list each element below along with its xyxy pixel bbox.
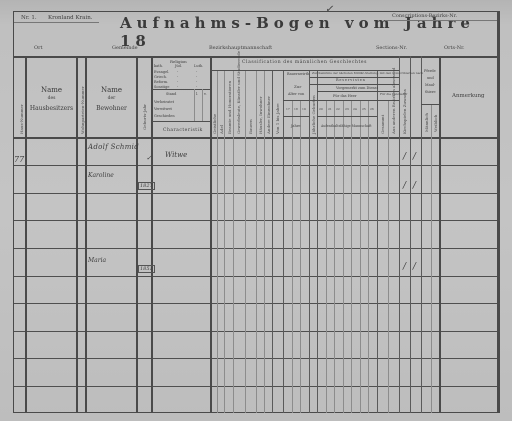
col-divider (421, 56, 422, 413)
zur-kenntnis-label: Zur Kenntnis der nächsten Militär-Stellu… (312, 71, 423, 75)
bauernwirt-label: Bauernwirth (287, 72, 309, 76)
entry-bewohner: Adolf Schmid (88, 143, 139, 151)
entry-bewohner: Karoline (88, 172, 114, 179)
stand-col: v. (204, 92, 207, 96)
religion-row-label: Griech. (154, 75, 167, 79)
col-divider (360, 100, 361, 413)
stand-col-divider (194, 89, 195, 121)
age-col: 17 (286, 107, 290, 111)
col-divider (272, 70, 273, 413)
geburtsjahr-header: Geburts-Jahr (142, 104, 147, 130)
classification-title: Classification des männlichen Geschlecht… (242, 60, 367, 65)
class-col: Gewerbsleute, Künstler und Studierende (236, 51, 241, 134)
religion-val: - (196, 70, 197, 74)
col-divider (256, 70, 257, 413)
col-divider (399, 56, 400, 413)
pferde-label: Pferde (424, 69, 436, 73)
class-col: Adel (219, 125, 224, 134)
stand-block-divider (152, 121, 210, 122)
stand-title: Stand (166, 92, 176, 96)
right-col: Kirchspielen Zuwachs (402, 89, 407, 134)
stand-row: Verwitwet (154, 107, 172, 111)
age-col: 19 (302, 107, 306, 111)
entry-geburtsjahr: 1851 (138, 265, 155, 273)
jahre-label: Jahre (291, 124, 301, 128)
pferde-und: und (427, 76, 434, 80)
col-divider (410, 56, 411, 413)
bewohner-title: Name (87, 86, 136, 94)
age-col: 18 (294, 107, 298, 111)
class-col: Bauern (248, 119, 253, 134)
right-col: Aus anderen Bezirken abwesend (391, 68, 396, 134)
religion-row-label: Evangel. (154, 70, 169, 74)
age-cols-bottom (283, 116, 309, 117)
pferde-divider (421, 104, 439, 105)
right-col: Gesammt (380, 115, 385, 134)
zur-label: Zur (294, 84, 301, 89)
col-divider (431, 104, 432, 413)
top-check-mark: ✓ (325, 4, 333, 15)
col-divider (334, 100, 335, 413)
anmerkung-label: Anmerkung (452, 93, 485, 99)
entry-tally: / / (403, 152, 418, 162)
stand-col-divider (202, 89, 203, 121)
pferde-thiere: thiere (425, 90, 436, 94)
pferde-sub: Weiblich (433, 115, 438, 132)
heer-col: 20 (319, 107, 323, 111)
characteristik-label: Characteristik (163, 128, 203, 133)
pferde-sub: Männlich (424, 113, 429, 132)
heer-col: 22 (336, 107, 340, 111)
conscription-underline (385, 20, 499, 21)
religion-val: - (177, 75, 178, 79)
vorgemerkt-label: Vorgemerkt zum Dienst (336, 86, 378, 90)
col-divider (151, 56, 153, 413)
stand-row: Verheiratet (154, 100, 174, 104)
col-divider (439, 56, 441, 413)
class-col: Geistliche (212, 114, 217, 134)
col-divider (388, 100, 389, 413)
religion-val: - (196, 85, 197, 89)
bewohner-label: Bewohner (87, 105, 136, 112)
census-sheet: Nr. 1. Kronland Krain. Aufnahms-Bogen vo… (0, 0, 512, 421)
class-col: Häusler, Inwohner (258, 96, 263, 134)
col-divider (224, 70, 225, 413)
entry-tally: / / (403, 262, 418, 272)
class-col: Beamte und Honoratioren (227, 81, 232, 134)
col-divider (351, 100, 352, 413)
col-divider (309, 70, 310, 413)
pferde-maul: Maul- (425, 83, 435, 87)
col-divider (76, 56, 78, 413)
header-underline (14, 22, 99, 23)
col-divider (497, 11, 499, 413)
orts-label: Orts-Nr. (444, 45, 465, 51)
religion-col-b: Luth. (194, 64, 203, 68)
col-divider (264, 70, 265, 413)
heer-col: 26 (370, 107, 374, 111)
handbesitzer-des: des (27, 96, 76, 101)
heer-col: 21 (328, 107, 332, 111)
gemeinde-label: Gemeinde (112, 45, 138, 51)
col-divider (245, 70, 246, 413)
stand-col: l. (196, 92, 198, 96)
religion-row-label: Sonstige (154, 85, 169, 89)
col-divider (300, 100, 301, 413)
religion-row-label: kath. (154, 64, 163, 68)
heer-col: 25 (362, 107, 366, 111)
region-label: Kronland Krain. (48, 15, 93, 21)
entry-bewohner: Maria (88, 257, 106, 264)
col-divider (377, 70, 378, 413)
col-divider (343, 100, 344, 413)
age-cols-top (283, 100, 399, 101)
form-number: Nr. 1. (21, 15, 37, 21)
religion-row-label: Reform. (154, 80, 168, 84)
entry-check-mark: ✓ (146, 154, 152, 162)
col-divider (317, 70, 318, 413)
col-divider (210, 56, 212, 413)
jaehrl-geburt-header: Jährliche Geburten (311, 95, 316, 134)
religion-val: - (196, 80, 197, 84)
stand-row: Geschieden (154, 114, 175, 118)
aufenthalt-label: Aufenthaltsfähige Mannschaft (321, 124, 372, 128)
col-divider (217, 70, 218, 413)
alter-label: Alter von (288, 92, 304, 96)
col-divider (283, 70, 284, 413)
religion-val: - (177, 85, 178, 89)
col-divider (326, 100, 327, 413)
handbesitzer-title: Name (27, 86, 76, 94)
religion-col-a: Jüd. (175, 64, 182, 68)
religion-val: - (196, 75, 197, 79)
vorgemerkt-top (310, 84, 399, 85)
class-col: Von 1 bis Jahre (275, 103, 280, 134)
entry-house-number: 77 (14, 155, 24, 164)
religion-val: - (177, 70, 178, 74)
bewohner-der: der (87, 96, 136, 101)
entry-stand: Witwe (165, 151, 187, 159)
col-divider (292, 100, 293, 413)
section-label: Sections-Nr. (376, 45, 407, 51)
religion-val: - (177, 80, 178, 84)
handbesitzer-label: Hausbesitzers (27, 105, 76, 112)
heer-bottom (317, 116, 377, 117)
wohnparteien-header: Wohnparteien-Nummer (80, 86, 85, 134)
col-divider (368, 100, 369, 413)
conscription-label: Conscriptions-Bezirks-Nr. (392, 13, 457, 19)
ort-label: Ort (34, 45, 43, 51)
col-divider (136, 56, 138, 413)
col-divider (233, 70, 234, 413)
heer-label: Für das Heer (333, 94, 357, 98)
entry-geburtsjahr: 1827 (138, 182, 155, 190)
entry-tally: / / (403, 181, 418, 191)
heer-col: 24 (353, 107, 357, 111)
class-col: Andere Einwohner (266, 96, 271, 134)
hausnummer-header: Haus-Nummer (19, 104, 24, 134)
heer-col: 23 (345, 107, 349, 111)
reservisten-label: Reservisten (336, 78, 366, 82)
